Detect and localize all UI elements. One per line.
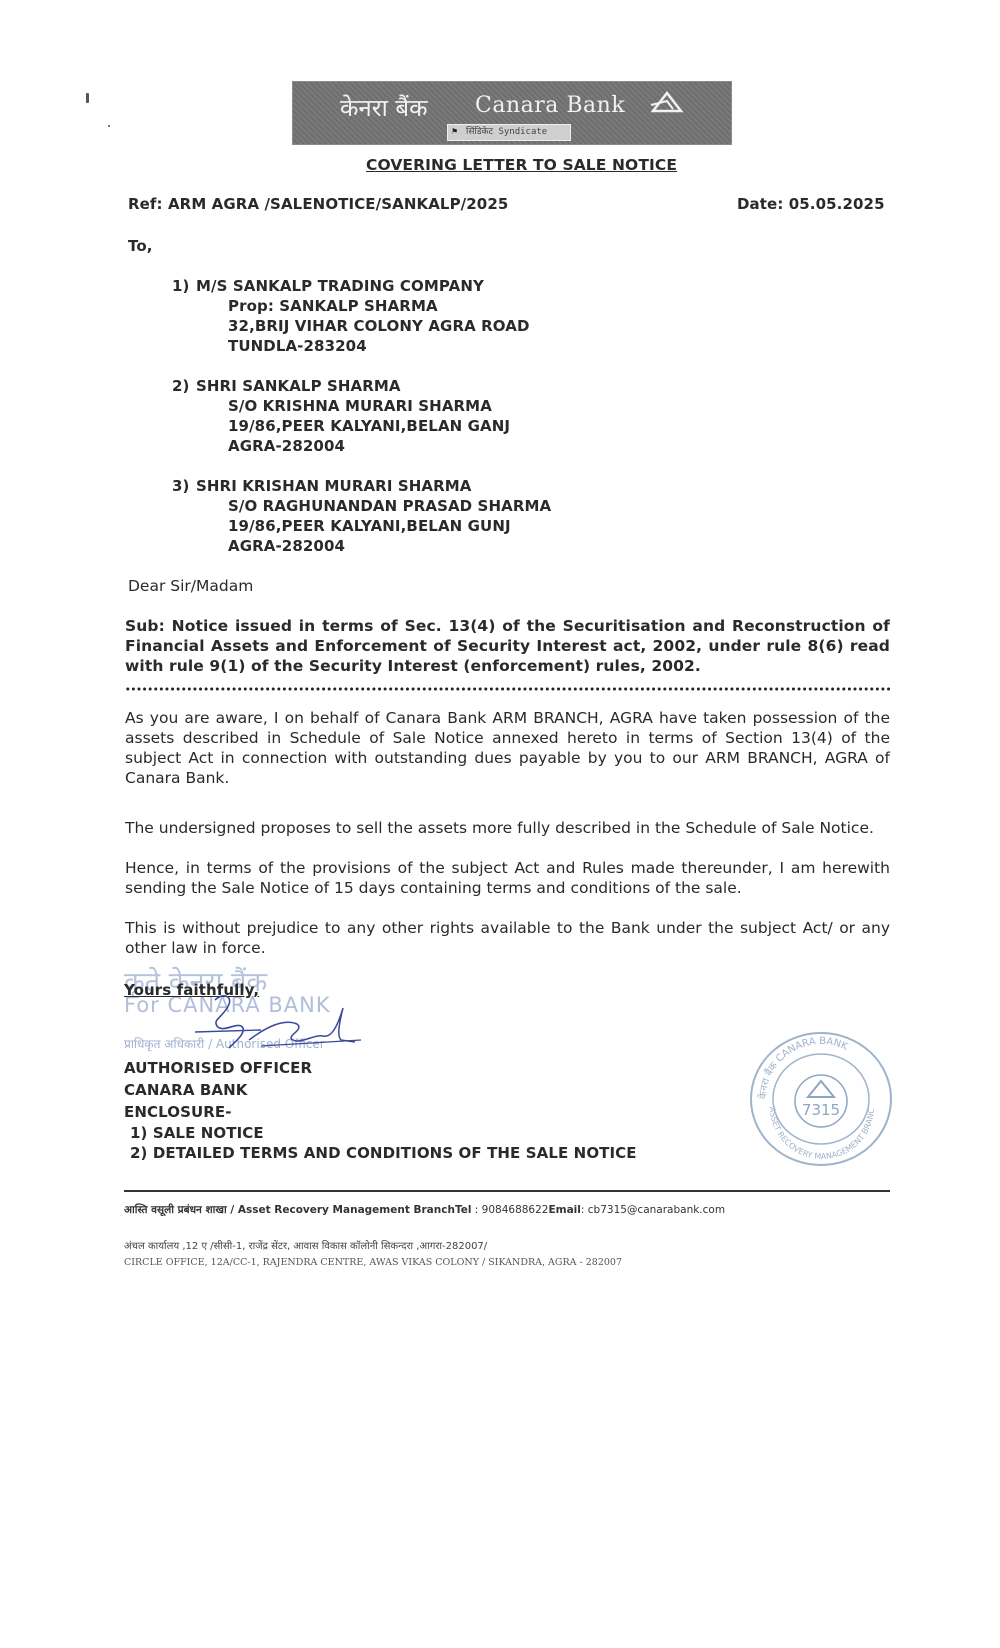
body-paragraph-3: Hence, in terms of the provisions of the… (125, 858, 890, 898)
bank-seal-icon: केनरा बैंक CANARA BANK ASSET RECOVERY MA… (746, 1027, 896, 1167)
subject-line: Sub: Notice issued in terms of Sec. 13(4… (125, 616, 890, 676)
body-paragraph-2: The undersigned proposes to sell the ass… (125, 818, 890, 838)
body-paragraph-1: As you are aware, I on behalf of Canara … (125, 708, 890, 788)
footer-tel: : 9084688622 (471, 1204, 548, 1216)
scan-speck (86, 93, 89, 103)
seal-code: 7315 (802, 1101, 840, 1119)
addressee-2-line-1: S/O KRISHNA MURARI SHARMA (228, 396, 492, 416)
syndicate-hindi: सिंडिकेट (466, 127, 493, 137)
scan-speck (108, 125, 110, 127)
syndicate-label: Syndicate (498, 127, 547, 137)
footer-email[interactable]: : cb7315@canarabank.com (581, 1204, 725, 1216)
footer-branch-hindi: आस्ति वसूली प्रबंधन शाखा / (124, 1204, 238, 1216)
designation: AUTHORISED OFFICER (124, 1058, 312, 1078)
syndicate-badge: ⚑सिंडिकेट Syndicate (447, 124, 571, 141)
dotted-divider (125, 687, 890, 691)
addressee-2-name: 2)SHRI SANKALP SHARMA (172, 376, 401, 396)
seal-top-text: केनरा बैंक CANARA BANK (757, 1036, 850, 1099)
addressee-3-line-1: S/O RAGHUNANDAN PRASAD SHARMA (228, 496, 551, 516)
addressee-2-line-2: 19/86,PEER KALYANI,BELAN GANJ (228, 416, 510, 436)
footer-circle-office-hindi: अंचल कार्यालय ,12 ए /सीसी-1, राजेंद्र से… (124, 1238, 487, 1252)
to-label: To, (128, 236, 153, 256)
letter-date: Date: 05.05.2025 (737, 194, 885, 214)
addressee-3-name: 3)SHRI KRISHAN MURARI SHARMA (172, 476, 471, 496)
addressee-3-line-2: 19/86,PEER KALYANI,BELAN GUNJ (228, 516, 511, 536)
canara-logo-icon (649, 91, 685, 115)
reference-number: Ref: ARM AGRA /SALENOTICE/SANKALP/2025 (128, 194, 508, 214)
footer-email-label: Email (548, 1204, 580, 1216)
letterhead-banner: केनरा बैंक Canara Bank ⚑सिंडिकेट Syndica… (292, 81, 732, 145)
syndicate-logo-icon: ⚑ (452, 125, 462, 140)
addressee-2-line-3: AGRA-282004 (228, 436, 345, 456)
footer-circle-office-english: CIRCLE OFFICE, 12A/CC-1, RAJENDRA CENTRE… (124, 1257, 622, 1268)
footer-branch-contact: आस्ति वसूली प्रबंधन शाखा / Asset Recover… (124, 1203, 725, 1217)
addressee-1-line-1: Prop: SANKALP SHARMA (228, 296, 438, 316)
addressee-1-name: 1)M/S SANKALP TRADING COMPANY (172, 276, 484, 296)
body-paragraph-4: This is without prejudice to any other r… (125, 918, 890, 958)
salutation: Dear Sir/Madam (128, 576, 253, 596)
addressee-1-line-2: 32,BRIJ VIHAR COLONY AGRA ROAD (228, 316, 530, 336)
footer-branch-english: Asset Recovery Management Branch (238, 1204, 455, 1216)
addressee-1-line-3: TUNDLA-283204 (228, 336, 367, 356)
document-title: COVERING LETTER TO SALE NOTICE (366, 156, 677, 174)
svg-text:केनरा बैंक CANARA BANK: केनरा बैंक CANARA BANK (757, 1036, 850, 1099)
enclosure-item-2: 2) DETAILED TERMS AND CONDITIONS OF THE … (130, 1143, 637, 1163)
bank-name-hindi: केनरा बैंक (340, 91, 428, 124)
enclosure-label: ENCLOSURE- (124, 1102, 232, 1122)
footer-tel-label: Tel (455, 1204, 472, 1216)
footer-divider (124, 1190, 890, 1192)
addressee-3-line-3: AGRA-282004 (228, 536, 345, 556)
bank-name: Canara Bank (475, 93, 625, 118)
signature-icon (165, 990, 365, 1060)
organisation: CANARA BANK (124, 1080, 247, 1100)
enclosure-item-1: 1) SALE NOTICE (130, 1123, 264, 1143)
